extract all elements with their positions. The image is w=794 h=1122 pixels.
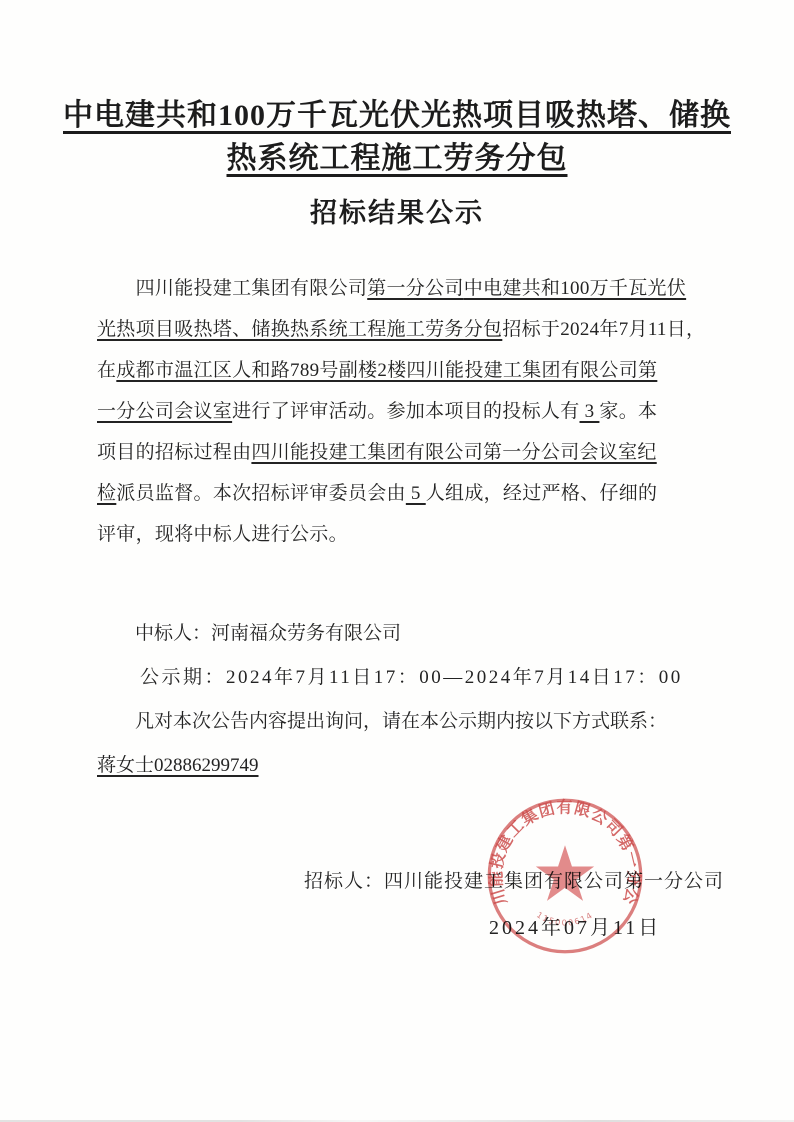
body-line: 一分公司会议室进行了评审活动。参加本项目的投标人有 3 家。本	[97, 391, 713, 432]
seal-code-text: 01150006145	[478, 789, 595, 928]
results-block: 中标人：河南福众劳务有限公司 公示期：2024年7月11日17：00—2024年…	[97, 612, 757, 788]
bidder-line: 招标人：四川能投建工集团有限公司第一分公司	[304, 866, 724, 893]
body-line: 检派员监督。本次招标评审委员会由 5 人组成，经过严格、仔细的	[97, 473, 713, 514]
body-line: 四川能投建工集团有限公司第一分公司中电建共和100万千瓦光伏	[97, 268, 713, 309]
publicity-period-line: 公示期：2024年7月11日17：00—2024年7月14日17：00	[97, 656, 757, 700]
title-line-2: 热系统工程施工劳务分包	[0, 137, 794, 180]
title-line-1: 中电建共和100万千瓦光伏光热项目吸热塔、储换	[0, 94, 794, 137]
svg-text:01150006145: 01150006145	[478, 789, 595, 928]
date-line: 2024年07月11日	[489, 911, 661, 940]
document-page: 中电建共和100万千瓦光伏光热项目吸热塔、储换 热系统工程施工劳务分包 招标结果…	[0, 0, 794, 1122]
body-line: 项目的招标过程由四川能投建工集团有限公司第一分公司会议室纪	[97, 432, 713, 473]
body-line: 在成都市温江区人和路789号副楼2楼四川能投建工集团有限公司第	[97, 350, 713, 391]
body-line: 光热项目吸热塔、储换热系统工程施工劳务分包招标于2024年7月11日，	[97, 309, 713, 350]
winner-line: 中标人：河南福众劳务有限公司	[97, 612, 757, 656]
document-subtitle: 招标结果公示	[0, 191, 794, 230]
page-title: 中电建共和100万千瓦光伏光热项目吸热塔、储换 热系统工程施工劳务分包	[0, 94, 794, 180]
body-line: 评审，现将中标人进行公示。	[97, 514, 713, 555]
inquiry-line: 凡对本次公告内容提出询问，请在本公示期内按以下方式联系：	[97, 700, 757, 744]
contact-line: 蒋女士02886299749	[97, 744, 757, 788]
body-paragraph: 四川能投建工集团有限公司第一分公司中电建共和100万千瓦光伏光热项目吸热塔、储换…	[97, 268, 713, 555]
